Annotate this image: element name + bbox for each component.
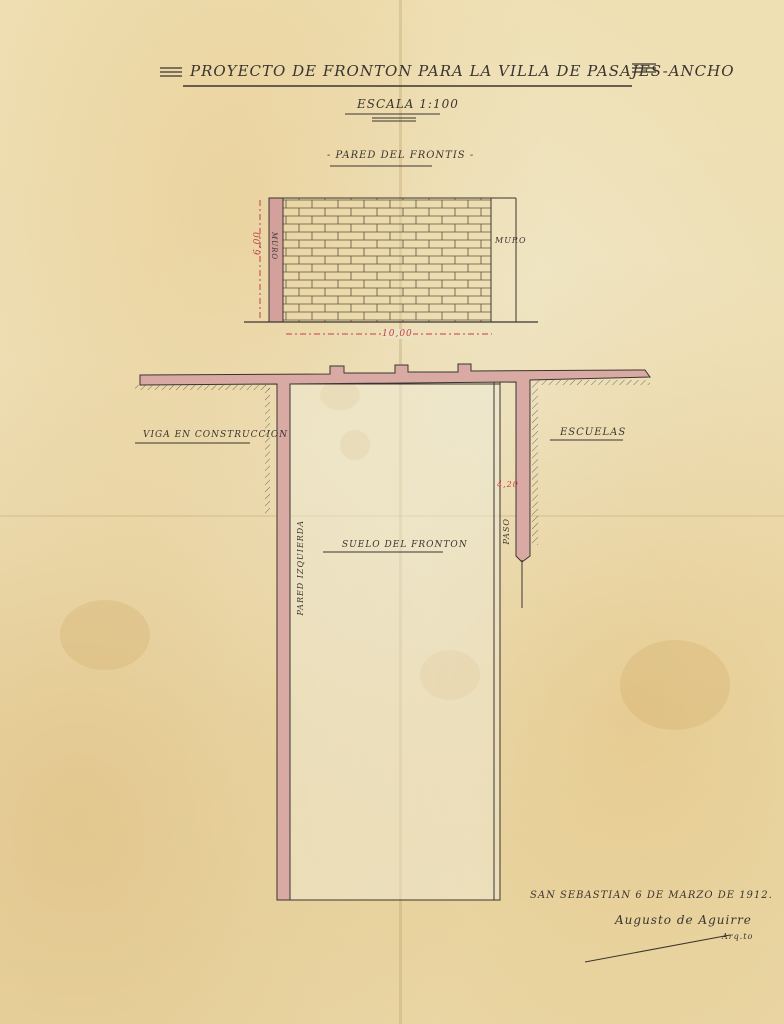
height-dimension: 6,00 [253, 231, 263, 255]
title: PROYECTO DE FRONTON PARA LA VILLA DE PAS… [190, 62, 735, 80]
left-area-label: VIGA EN CONSTRUCCION [143, 430, 288, 440]
right-area-label: ESCUELAS [560, 427, 626, 438]
place-date: SAN SEBASTIAN 6 DE MARZO DE 1912. [530, 890, 773, 901]
court-label: SUELO DEL FRONTON [342, 540, 468, 550]
frontis-elevation [244, 198, 538, 334]
fronton-plan [135, 364, 650, 900]
signature: Augusto de Aguirre [615, 913, 752, 927]
elevation-right-label: MURO [495, 236, 527, 245]
scale-label: ESCALA 1:100 [357, 97, 459, 111]
width-dimension: 10,00 [382, 329, 413, 339]
passage-label: PASO [502, 518, 511, 544]
signature-suffix: Arq.to [722, 932, 753, 941]
left-wall-label: PARED IZQUIERDA [296, 520, 305, 615]
elevation-left-label: MURO [270, 232, 278, 260]
elevation-title: - PARED DEL FRONTIS - [327, 150, 474, 161]
strip-width-dimension: 4,20 [497, 480, 519, 489]
